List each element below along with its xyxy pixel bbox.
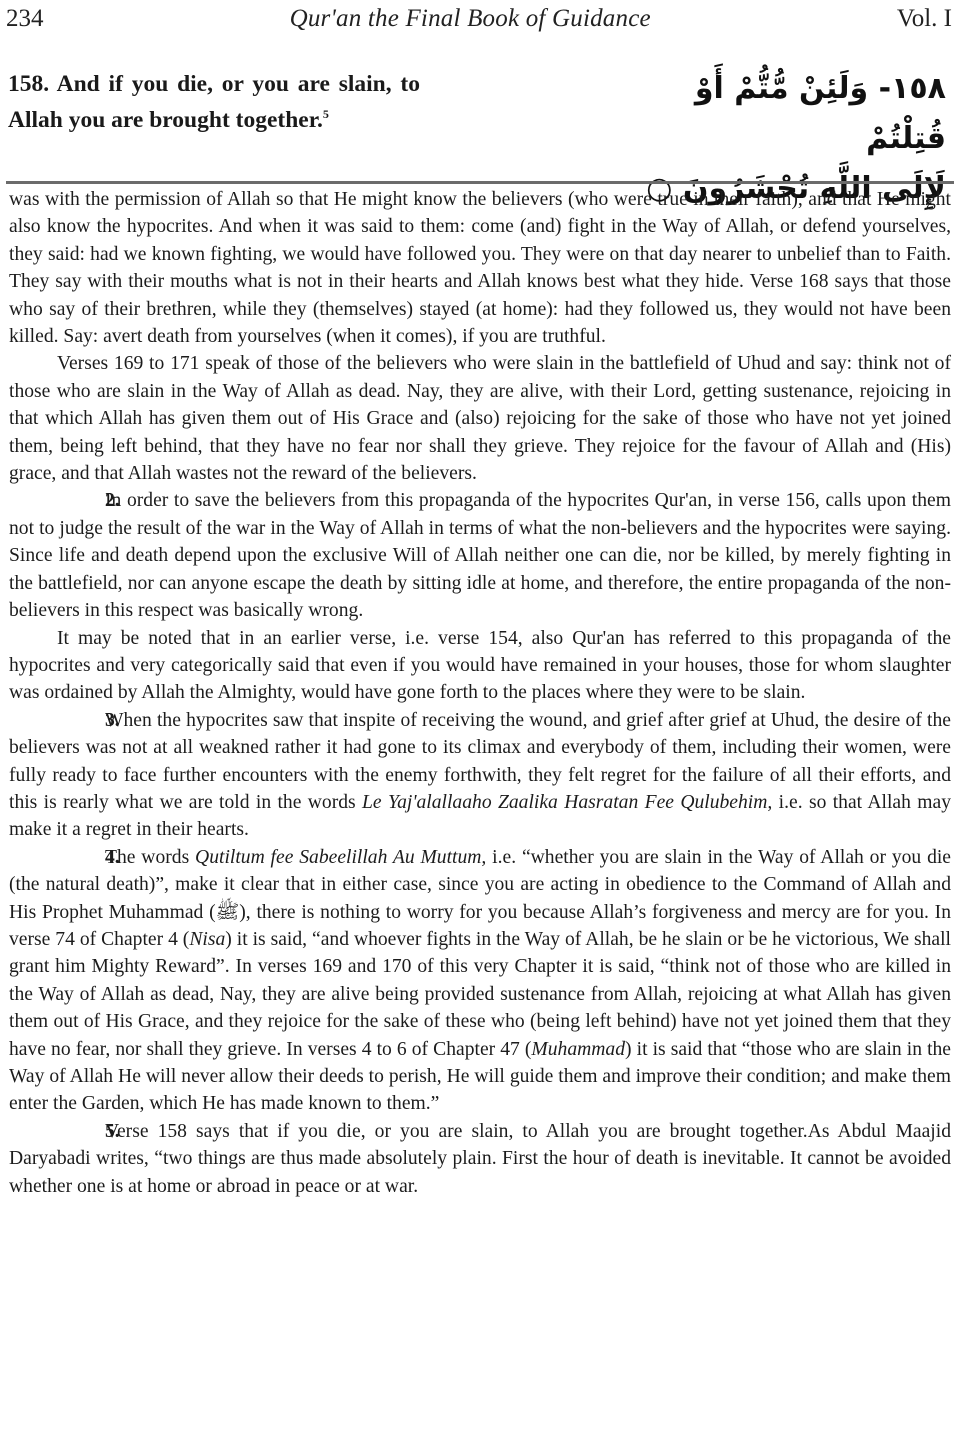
book-page: 234 Qur'an the Final Book of Guidance Vo… <box>0 0 960 1430</box>
chapter-name: Nisa <box>189 929 225 950</box>
footnote-marker: 5 <box>323 107 329 121</box>
note-2: 2.In order to save the believers from th… <box>9 487 951 624</box>
note-text: Verse 158 says that if you die, or you a… <box>9 1121 951 1197</box>
commentary-body: was with the permission of Allah so that… <box>9 186 951 1200</box>
verse-translation-text: 158. And if you die, or you are slain, t… <box>8 71 420 133</box>
paragraph: Verses 169 to 171 speak of those of the … <box>9 350 951 487</box>
chapter-name: Muhammad <box>531 1039 625 1060</box>
book-title: Qur'an the Final Book of Guidance <box>290 5 651 33</box>
note-3: 3.When the hypocrites saw that inspite o… <box>9 707 951 844</box>
note-4: 4.The words Qutiltum fee Sabeelillah Au … <box>9 844 951 1118</box>
volume-label: Vol. I <box>897 5 952 33</box>
note-text: In order to save the believers from this… <box>9 490 951 621</box>
note-text: The words <box>105 847 195 868</box>
page-number: 234 <box>6 5 44 33</box>
divider-rule <box>6 181 954 184</box>
note-number: 4. <box>57 844 105 871</box>
verse-block: 158. And if you die, or you are slain, t… <box>8 62 952 180</box>
note-number: 2. <box>57 487 105 514</box>
paragraph-continued: was with the permission of Allah so that… <box>9 186 951 350</box>
running-header: 234 Qur'an the Final Book of Guidance Vo… <box>6 2 952 36</box>
transliteration: Le Yaj'alallaaho Zaalika Hasratan Fee Qu… <box>362 792 772 813</box>
paragraph: It may be noted that in an earlier verse… <box>9 625 951 707</box>
note-number: 5. <box>57 1118 105 1145</box>
note-number: 3. <box>57 707 105 734</box>
note-5: 5.Verse 158 says that if you die, or you… <box>9 1118 951 1200</box>
arabic-line-1: ١٥٨- وَلَئِنْ مُّتُّمْ أَوْ قُتِلْتُمْ <box>616 64 946 164</box>
verse-translation: 158. And if you die, or you are slain, t… <box>8 66 420 138</box>
transliteration: Qutiltum fee Sabeelillah Au Muttum, <box>195 847 486 868</box>
